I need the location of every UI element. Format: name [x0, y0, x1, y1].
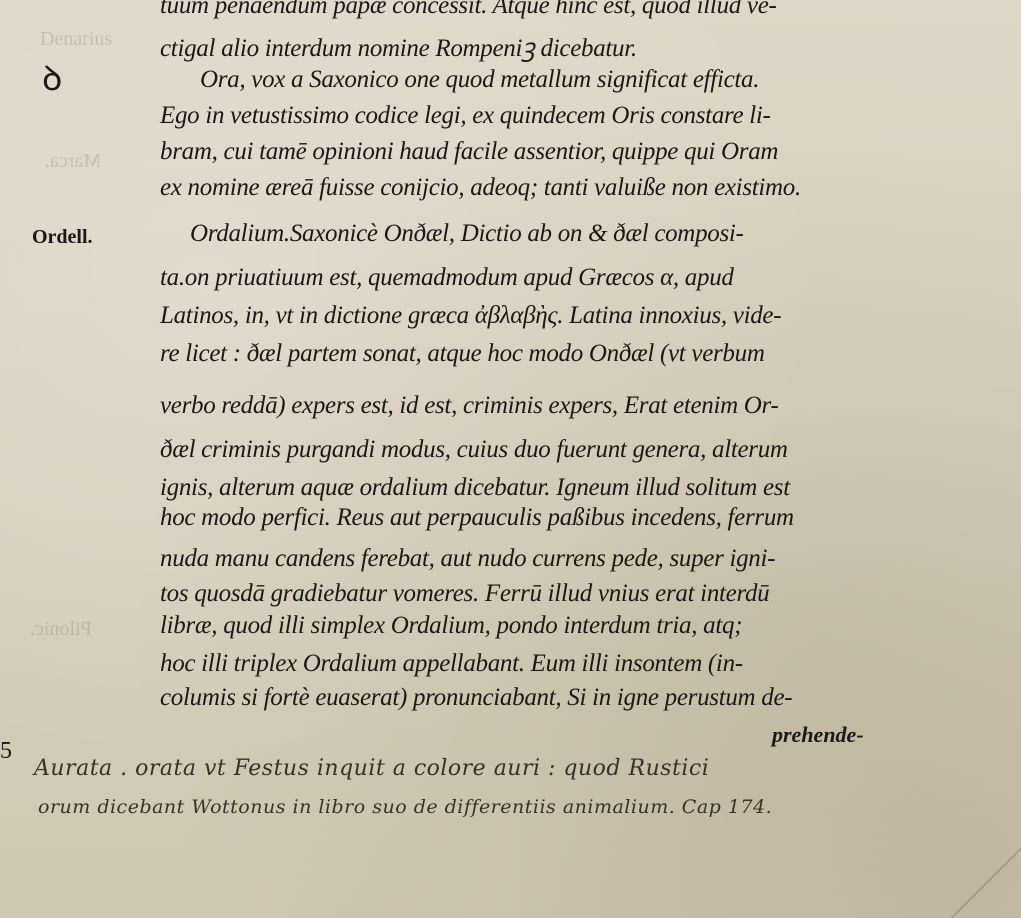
text-line: Latinos, in, vt in dictione græca ἀβλαβὴ… [160, 302, 781, 330]
text-line: ignis, alterum aquæ ordalium dicebatur. … [160, 474, 790, 502]
text-line: hoc illi triplex Ordalium appellabant. E… [160, 650, 743, 678]
handwritten-number: 5 [0, 738, 12, 765]
document-page: Denarius Marca. Pilonic. ꝺ Ordell. tuum … [0, 0, 1021, 918]
text-line: verbo reddā) expers est, id est, crimini… [160, 392, 779, 420]
page-fold-crease [951, 848, 1021, 918]
text-line: Ora, vox a Saxonico one quod metallum si… [200, 66, 759, 94]
text-line: columis si fortè euaserat) pronunciabant… [160, 684, 792, 712]
handwritten-note-line: orum dicebant Wottonus in libro suo de d… [38, 796, 772, 818]
margin-symbol: ꝺ [42, 54, 62, 100]
text-line: libræ, quod illi simplex Ordalium, pondo… [160, 612, 742, 640]
text-line: nuda manu candens ferebat, aut nudo curr… [160, 545, 775, 573]
margin-heading-ordell: Ordell. [32, 226, 93, 249]
handwritten-note-line: Aurata . orata vt Festus inquit a colore… [34, 756, 709, 781]
text-line: tos quosdā gradiebatur vomeres. Ferrū il… [160, 580, 769, 608]
text-line: tuum penaendum papæ concessit. Atque hin… [160, 0, 777, 20]
bleedthrough-text: Pilonic. [30, 618, 92, 641]
text-line: ta.on priuatiuum est, quemadmodum apud G… [160, 264, 734, 292]
text-line: hoc modo perfici. Reus aut perpauculis p… [160, 504, 794, 532]
text-line: Ego in vetustissimo codice legi, ex quin… [160, 102, 771, 130]
text-line: bram, cui tamē opinioni haud facile asse… [160, 138, 778, 166]
text-line: ctigal alio interdum nomine Rompeniꝫ dic… [160, 30, 637, 64]
bleedthrough-text: Denarius [40, 28, 112, 51]
text-line: ðæl criminis purgandi modus, cuius duo f… [160, 436, 788, 464]
text-line: ex nomine æreā fuisse conijcio, adeoq; t… [160, 174, 801, 202]
catchword: prehende- [772, 722, 864, 748]
text-line: re licet : ðæl partem sonat, atque hoc m… [160, 340, 765, 368]
text-line: Ordalium.Saxonicè Onðæl, Dictio ab on & … [190, 220, 744, 248]
bleedthrough-text: Marca. [45, 150, 101, 173]
